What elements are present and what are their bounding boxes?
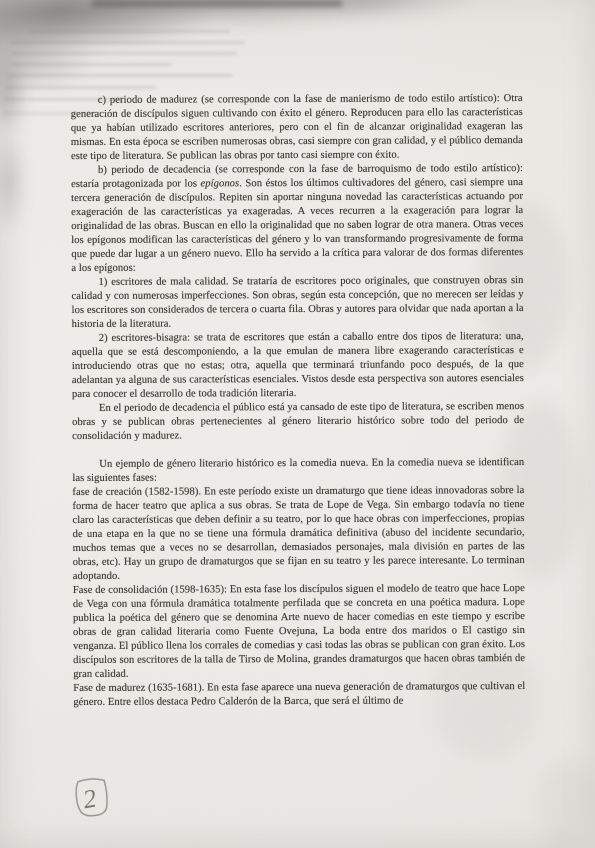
- scan-smudge-left: [0, 55, 34, 250]
- paragraph: fase de creación (1582-1598). En este pe…: [72, 484, 524, 584]
- text-run: fase de creación (1582-1598). En este pe…: [72, 485, 524, 582]
- bleed-through-line: [12, 52, 237, 55]
- scan-edge-shadow: [92, 0, 342, 7]
- text-run: Fase de madurez (1635-1681). En esta fas…: [73, 681, 525, 708]
- italic-term: epígonos: [201, 178, 240, 189]
- bleed-through-line: [6, 86, 156, 89]
- text-run: Un ejemplo de género literario histórico…: [72, 457, 524, 484]
- text-run: c) periodo de madurez (se corresponde co…: [71, 93, 523, 162]
- scanned-page: c) periodo de madurez (se corresponde co…: [0, 0, 595, 848]
- text-run: 1) escritores de mala calidad. Se tratar…: [72, 275, 524, 330]
- text-block: c) periodo de madurez (se corresponde co…: [71, 92, 526, 710]
- paragraph: Un ejemplo de género literario histórico…: [72, 456, 524, 486]
- text-run: Fase de consolidación (1598-1635): En es…: [73, 583, 525, 680]
- paragraph: c) periodo de madurez (se corresponde co…: [71, 92, 523, 164]
- text-run: En el periodo de decadencia el público e…: [72, 401, 524, 442]
- bleed-through-line: [8, 74, 233, 77]
- paragraph: Fase de madurez (1635-1681). En esta fas…: [73, 680, 525, 710]
- bleed-through-line: [30, 30, 230, 33]
- text-run: 2) escritores-bisagra: se trata de escri…: [72, 331, 524, 400]
- paragraph: Fase de consolidación (1598-1635): En es…: [73, 582, 525, 682]
- text-run: . Son éstos los últimos cultivadores del…: [71, 177, 523, 274]
- scan-mottle: [540, 760, 595, 848]
- bleed-through-line: [10, 41, 245, 44]
- paragraph: 2) escritores-bisagra: se trata de escri…: [72, 330, 524, 402]
- handwritten-digit: 2: [81, 784, 99, 815]
- paragraph: b) periodo de decadencia (se corresponde…: [71, 162, 523, 276]
- paragraph: 1) escritores de mala calidad. Se tratar…: [71, 274, 523, 332]
- bleed-through-line: [12, 63, 172, 66]
- handwritten-page-number: 2: [69, 775, 115, 821]
- paragraph: En el periodo de decadencia el público e…: [72, 400, 524, 444]
